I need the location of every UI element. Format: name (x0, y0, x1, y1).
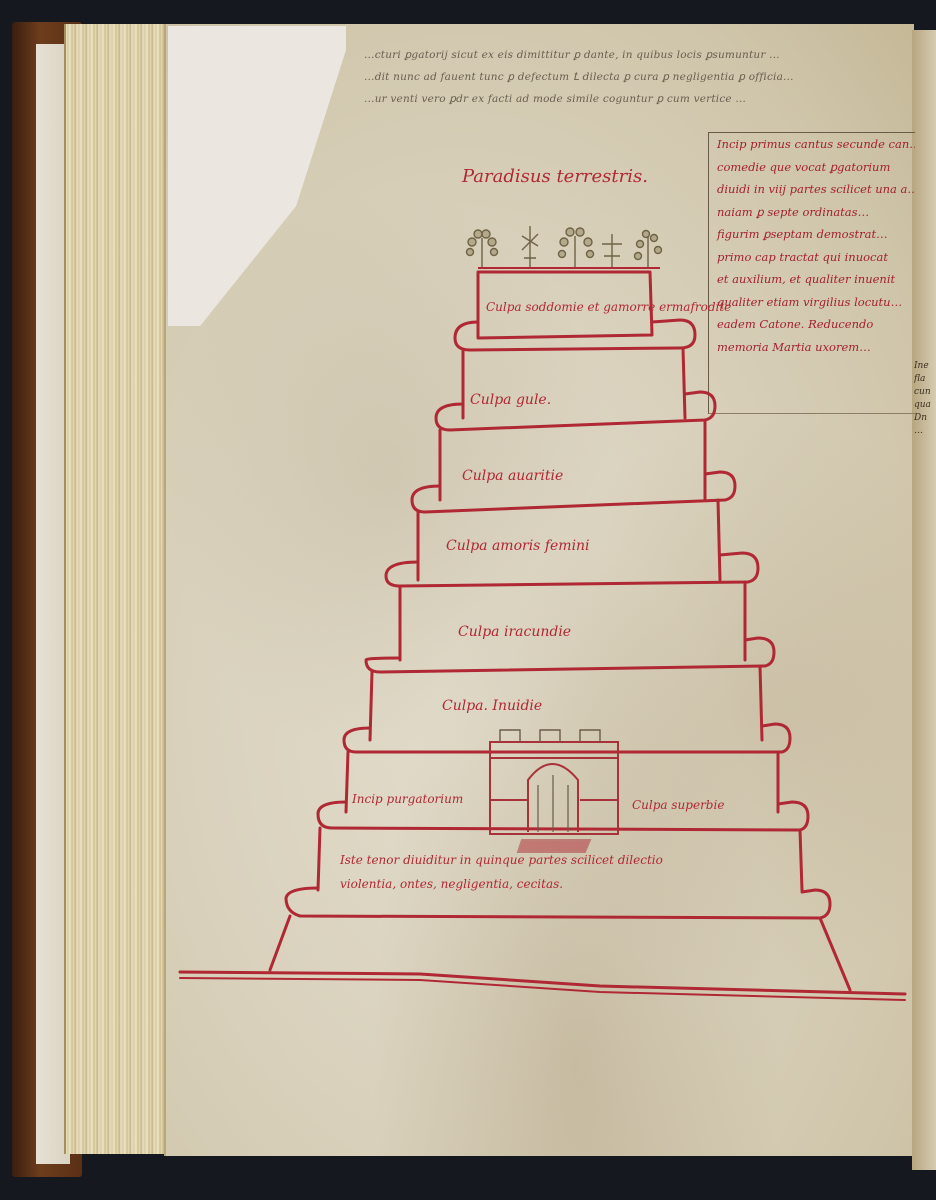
tier-1-right-label: Culpa superbie (632, 798, 724, 812)
tree-icon (559, 228, 594, 268)
tier-6-label: Culpa gule. (470, 392, 551, 408)
base-text-line: violentia, ontes, negligentia, cecitas. (340, 872, 663, 896)
purgatory-gate (490, 730, 618, 852)
earthly-paradise-trees (467, 226, 662, 268)
tier-5-label: Culpa auaritie (462, 468, 563, 484)
tree-icon (602, 234, 622, 268)
tier-7-label: Culpa soddomie et gamorre ermafrodite (486, 300, 731, 314)
tier-2-label: Culpa. Inuidie (442, 698, 542, 714)
tree-icon (635, 231, 662, 269)
base-text: Iste tenor diuiditur in quinque partes s… (340, 848, 663, 896)
tree-icon (467, 230, 498, 268)
diagram-title: Paradisus terrestris. (462, 166, 648, 187)
tier-3-label: Culpa iracundie (458, 624, 571, 640)
tree-icon (522, 226, 538, 268)
tier-1-left-label: Incip purgatorium (352, 792, 463, 806)
base-text-line: Iste tenor diuiditur in quinque partes s… (340, 848, 663, 872)
tier-4-label: Culpa amoris femini (446, 538, 590, 554)
